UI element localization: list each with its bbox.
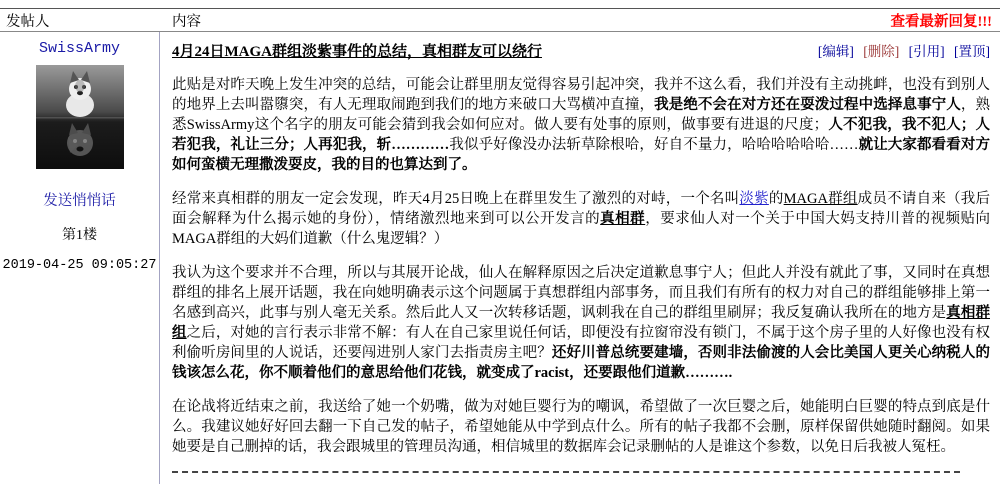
text-run: 在论战将近结束之前，我送给了她一个奶嘴，做为对她巨婴行为的嘲讽，希望做了一次巨婴… [172,399,990,455]
puppy-reflection-icon [36,65,124,169]
view-latest-replies-link[interactable]: 查看最新回复!!! [891,10,1000,31]
signature-divider [172,471,960,473]
text-run: 我认为这个要求并不合理，所以与其展开论战，仙人在解释原因之后决定道歉息事宁人；但… [172,265,990,321]
edit-button[interactable]: [编辑] [818,44,854,59]
paragraph: 在论战将近结束之前，我送给了她一个奶嘴，做为对她巨婴行为的嘲讽，希望做了一次巨婴… [172,397,990,457]
quote-button[interactable]: [引用] [909,44,945,59]
paragraph: 我认为这个要求并不合理，所以与其展开论战，仙人在解释原因之后决定道歉息事宁人；但… [172,263,990,383]
paragraph: 此贴是对昨天晚上发生冲突的总结，可能会让群里朋友觉得容易引起冲突，我并不这么看，… [172,75,990,175]
floor-number: 第1楼 [0,224,159,244]
danzi-user-link[interactable]: 淡紫 [739,191,768,207]
content-column-header: 内容 [160,10,201,31]
post-timestamp: 2019-04-25 09:05:27 [0,258,159,273]
pin-button[interactable]: [置顶] [954,44,990,59]
post-content: 4月24日MAGA群组淡紫事件的总结，真相群友可以绕行 [编辑] [删除] [引… [160,32,1000,484]
text-run: 真相群 [600,211,645,227]
delete-button[interactable]: [删除] [863,44,899,59]
text-run: 经常来真相群的朋友一定会发现，昨天4月25日晚上在群里发生了激烈的对峙，一个名叫 [172,191,739,207]
avatar [36,65,124,169]
text-run: 的 [769,191,784,207]
text-run: 我是绝不会在对方还在耍泼过程中选择息事宁人 [654,97,961,113]
text-run: MAGA群组 [784,191,858,207]
post-row: SwissArmy [0,32,1000,484]
post-actions: [编辑] [删除] [引用] [置顶] [812,40,990,60]
poster-column-header: 发帖人 [0,10,160,31]
paragraph: 经常来真相群的朋友一定会发现，昨天4月25日晚上在群里发生了激烈的对峙，一个名叫… [172,189,990,249]
username-link[interactable]: SwissArmy [0,40,159,57]
text-run: 我似乎好像没办法斩草除根哈，好自不量力，哈哈哈哈哈哈…… [449,137,858,153]
send-private-message-link[interactable]: 发送悄悄话 [0,189,159,210]
post-body: 此贴是对昨天晚上发生冲突的总结，可能会让群里朋友觉得容易引起冲突，我并不这么看，… [172,75,990,457]
post-title: 4月24日MAGA群组淡紫事件的总结，真相群友可以绕行 [172,40,542,61]
poster-sidebar: SwissArmy [0,32,160,484]
table-header: 发帖人 内容 查看最新回复!!! [0,9,1000,32]
